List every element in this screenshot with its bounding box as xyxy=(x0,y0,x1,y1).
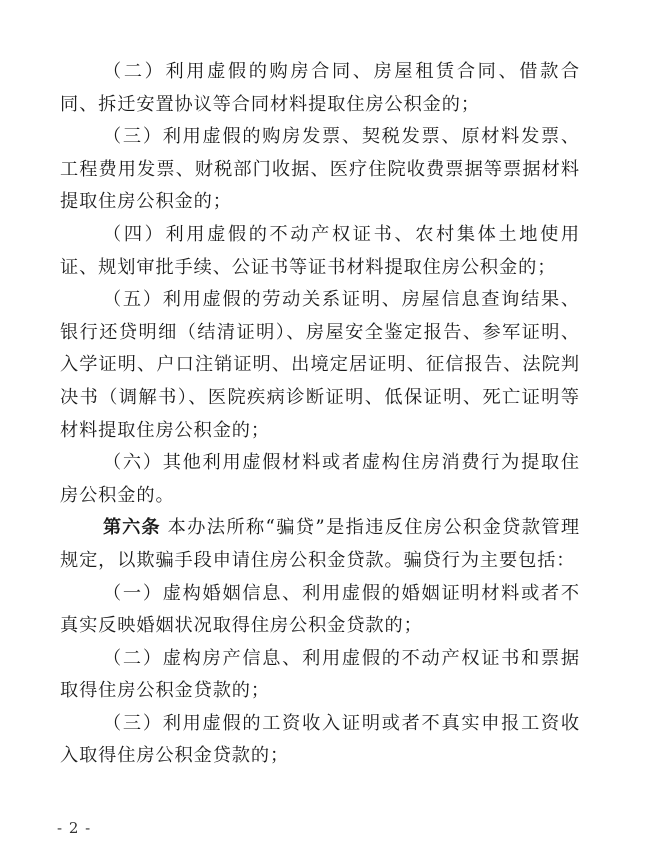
paragraph-text: （一）虚构婚姻信息、利用虚假的婚姻证明材料或者不真实反映婚姻状况取得住房公积金贷… xyxy=(60,583,580,637)
paragraph-item-6-other: （六）其他利用虚假材料或者虚构住房消费行为提取住房公积金的。 xyxy=(60,447,580,512)
paragraph-text: （三）利用虚假的购房发票、契税发票、原材料发票、工程费用发票、财税部门收据、医疗… xyxy=(60,126,580,212)
paragraph-loan-item-2-property: （二）虚构房产信息、利用虚假的不动产权证书和票据取得住房公积金贷款的； xyxy=(60,643,580,708)
paragraph-item-5-proofs: （五）利用虚假的劳动关系证明、房屋信息查询结果、银行还贷明细（结清证明）、房屋安… xyxy=(60,284,580,447)
paragraph-loan-item-1-marriage: （一）虚构婚姻信息、利用虚假的婚姻证明材料或者不真实反映婚姻状况取得住房公积金贷… xyxy=(60,578,580,643)
page-number: - 2 - xyxy=(57,819,91,837)
paragraph-text: （三）利用虚假的工资收入证明或者不真实申报工资收入取得住房公积金贷款的； xyxy=(60,713,580,767)
paragraph-text: （四）利用虚假的不动产权证书、农村集体土地使用证、规划审批手续、公证书等证书材料… xyxy=(60,224,580,278)
paragraph-loan-item-3-income: （三）利用虚假的工资收入证明或者不真实申报工资收入取得住房公积金贷款的； xyxy=(60,708,580,773)
paragraph-text: （六）其他利用虚假材料或者虚构住房消费行为提取住房公积金的。 xyxy=(60,452,580,506)
paragraph-item-4-certificates: （四）利用虚假的不动产权证书、农村集体土地使用证、规划审批手续、公证书等证书材料… xyxy=(60,219,580,284)
paragraph-text: （二）利用虚假的购房合同、房屋租赁合同、借款合同、拆迁安置协议等合同材料提取住房… xyxy=(60,61,580,115)
document-page: （二）利用虚假的购房合同、房屋租赁合同、借款合同、拆迁安置协议等合同材料提取住房… xyxy=(60,56,580,773)
paragraph-item-2-contracts: （二）利用虚假的购房合同、房屋租赁合同、借款合同、拆迁安置协议等合同材料提取住房… xyxy=(60,56,580,121)
paragraph-text: （五）利用虚假的劳动关系证明、房屋信息查询结果、银行还贷明细（结清证明）、房屋安… xyxy=(60,289,580,440)
paragraph-text: （二）虚构房产信息、利用虚假的不动产权证书和票据取得住房公积金贷款的； xyxy=(60,648,580,702)
article-heading: 第六条 xyxy=(103,517,161,538)
article-6-paragraph: 第六条 本办法所称“骗贷”是指违反住房公积金贷款管理规定，以欺骗手段申请住房公积… xyxy=(60,512,580,577)
paragraph-item-3-invoices: （三）利用虚假的购房发票、契税发票、原材料发票、工程费用发票、财税部门收据、医疗… xyxy=(60,121,580,219)
